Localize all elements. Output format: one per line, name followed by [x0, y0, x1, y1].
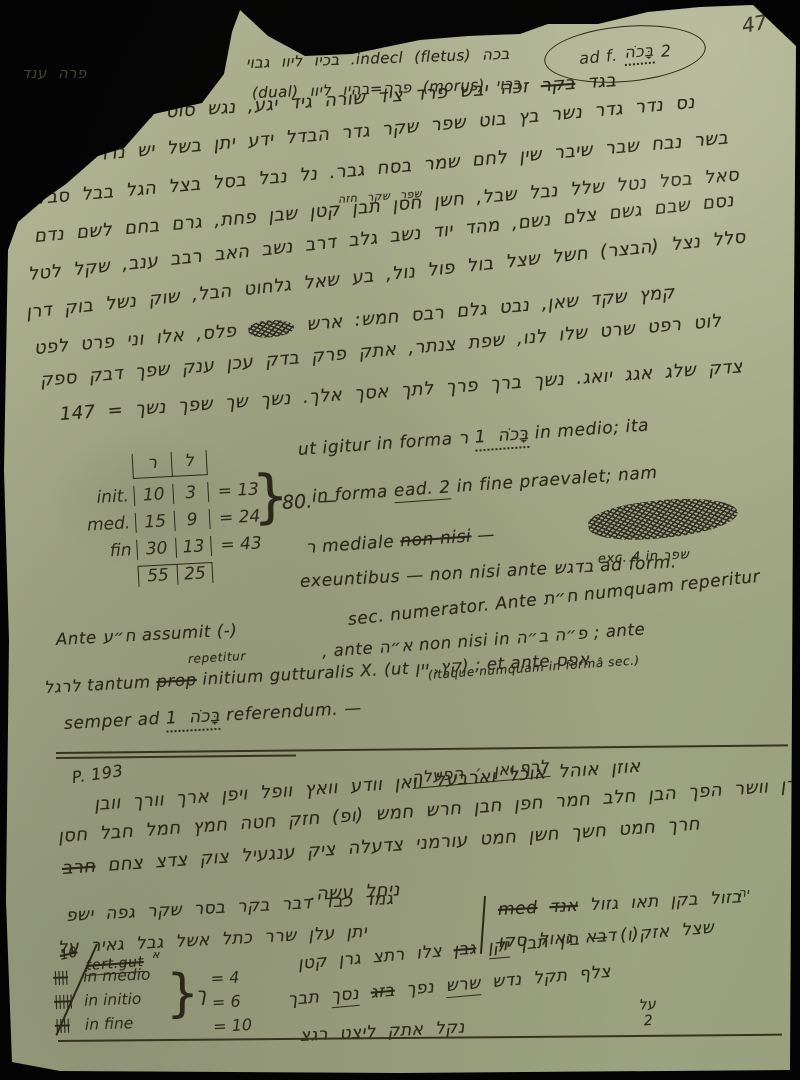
faint-corner-text: פרה ענד [22, 64, 87, 82]
cell-value: 30 [136, 538, 177, 560]
latin-run: in forma [311, 482, 388, 507]
latin-run: med [497, 898, 538, 920]
hebrew-word-run: שצל אזק(ו) — בין תבן [520, 918, 715, 955]
tally-brace: } [166, 964, 199, 1024]
latin-line: ר mediale non nisi — [305, 525, 495, 558]
tally-bracket-letter: ך [196, 984, 207, 1006]
hebrew-line: נקל אתק ליצט רגצ [299, 1017, 465, 1046]
latin-run: ר mediale [305, 532, 395, 558]
tally-value: = 6 [211, 989, 251, 1015]
hebrew-line: בזול בקן תאו גזול אנד med [497, 887, 742, 920]
hebrew-word-run: צלף תקל נדש [492, 962, 612, 992]
ink-strike-word: non nisi [400, 526, 472, 551]
hebrew-word-run: צלו רתצ גרן קטן [297, 941, 443, 974]
tally-value: = 4 [210, 965, 250, 991]
divider-rule [56, 754, 296, 758]
latin-line: ut igitur in forma בָּכֹה 1 ר in medio; … [297, 415, 649, 460]
total-value: 25 [177, 562, 213, 585]
latin-run: לרגל tantum [44, 672, 152, 697]
ink-strike-word: אנד [549, 896, 579, 917]
page-number: 47 [740, 10, 769, 38]
hebrew-ref-word: בָּכֹה 1 [165, 706, 220, 733]
row-label: fin [85, 540, 137, 563]
hebrew-word-run: בזול בקן תאו גזול [589, 887, 742, 915]
ink-strike-word: גבן [453, 938, 477, 960]
ink-strike-word: prop [156, 670, 197, 691]
cell-value: 13 [176, 536, 212, 558]
count-table-col1: ר [132, 452, 173, 479]
tally-label: in fine [85, 1013, 164, 1034]
struck-number: 10 [58, 944, 79, 963]
tally-values: = 4 = 6 = 10 [210, 965, 253, 1039]
underlined-run: ead. 2 [393, 477, 451, 503]
circled-reference-latin: ad f. [578, 45, 618, 67]
ink-strike-word: בקר [540, 73, 576, 96]
hebrew-word-run: תבך [287, 987, 320, 1010]
count-table: ר ל init. 10 3 = 13 med. 15 9 = 24 fin 3… [81, 445, 264, 589]
tally-label: in initio [84, 989, 163, 1010]
tally-value: = 10 [213, 1013, 253, 1039]
cell-value: 3 [173, 482, 209, 504]
ink-scribble [586, 492, 739, 545]
tally-row: |||| in fine [54, 1010, 163, 1038]
circled-reference-number: 2 [660, 41, 672, 61]
tally-table: |||| in medio ||||| in initio |||| in fi… [53, 962, 163, 1038]
latin-run: in fine praevalet; nam [456, 463, 658, 497]
underlined-run: שרש [445, 973, 482, 998]
latin-run: referendum. — [226, 698, 363, 725]
circled-reference-hebrew: בָּכֹה [623, 40, 654, 65]
latin-line: Ante ח״ע assumit (-) [56, 621, 238, 649]
hebrew-word-run: בגד [587, 70, 617, 93]
ink-strike-word: חרב [61, 856, 96, 879]
count-table-col2: ל [172, 450, 208, 477]
row-sum: = 43 [211, 533, 262, 556]
cell-value: 15 [135, 511, 176, 533]
gloss-line-1: בכה (fletus) indecl. בכיו ליוו גבוי [246, 45, 510, 72]
ink-strike-word: בזג [370, 981, 396, 1003]
latin-run: ut igitur in forma [297, 429, 453, 460]
tally-label: in medio [83, 965, 162, 986]
divider-rule [56, 744, 788, 753]
underlined-run: נסך [330, 984, 360, 1008]
latin-run: — [477, 525, 496, 546]
hebrew-word-run: נפך [406, 977, 435, 999]
stacked-note-bottom: 2 [634, 1012, 663, 1030]
underlined-run: יקן [487, 936, 511, 960]
superscript-note: א [152, 948, 160, 961]
latin-run: semper ad [63, 709, 160, 734]
cell-value: 9 [175, 509, 211, 531]
hebrew-word-run: פלס, אלו וני פרט לפט [33, 320, 237, 359]
total-value: 55 [137, 564, 178, 587]
superscript-note: repetitur [188, 649, 247, 666]
stacked-note: על 2 [633, 996, 663, 1030]
latin-line: in forma ead. 2 in fine praevalet; nam [311, 463, 658, 507]
manuscript-paper: 47 ad f. בָּכֹה 2 בכה (fletus) indecl. ב… [0, 0, 800, 1080]
row-label: med. [84, 513, 136, 536]
row-label: init. [82, 486, 134, 509]
hebrew-ref-word: בָּכֹה 1 [474, 424, 530, 452]
hebrew-line: גמד כבד דבר בקר בסר שקר גפה ישפ [65, 889, 393, 926]
ink-scribble [248, 318, 295, 339]
cell-value: 10 [133, 484, 174, 506]
page-reference: P. 193 [71, 761, 125, 787]
latin-line: semper ad בָּכֹה 1 referendum. — [63, 698, 362, 734]
